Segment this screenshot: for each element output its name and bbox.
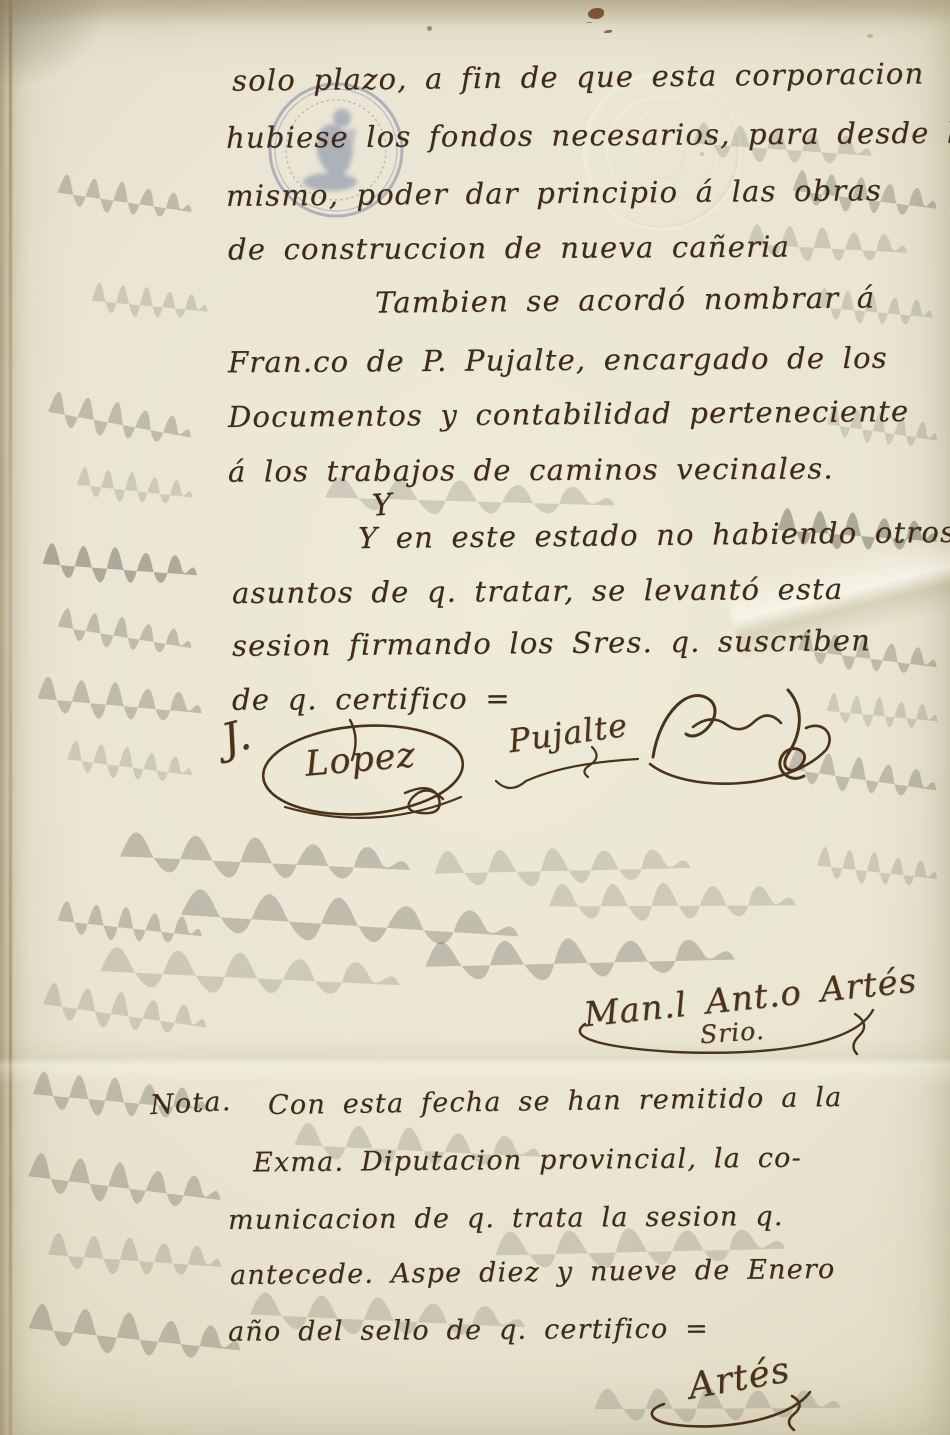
manuscript-page: solo plazo, a fin de que esta corporacio… xyxy=(0,0,950,1435)
bleed-through-text xyxy=(114,830,415,888)
nota-line2: Exma. Diputacion provincial, la co- xyxy=(253,1143,802,1179)
p2-line4: á los trabajos de caminos vecinales. xyxy=(228,451,834,488)
bleed-through-text xyxy=(89,281,211,325)
bleed-through-text xyxy=(74,465,197,511)
binding-gutter xyxy=(0,0,30,1435)
ink-speck xyxy=(427,26,432,31)
p3-line3: sesion firmando los Sres. q. suscriben xyxy=(232,623,871,663)
bleed-through-text xyxy=(545,878,801,926)
bleed-through-text xyxy=(39,541,201,591)
bleed-through-text xyxy=(44,1230,226,1283)
closing-signature-rubric xyxy=(640,1390,820,1435)
p1-line3: mismo, poder dar principio á las obras xyxy=(226,173,882,213)
nota-line4: antecede. Aspe diez y nueve de Enero xyxy=(230,1254,836,1291)
binding-edge-line xyxy=(9,0,12,1435)
top-edge-shadow xyxy=(0,0,950,26)
signature-lopez-rubric xyxy=(255,715,485,835)
bleed-through-text xyxy=(63,738,196,789)
bleed-through-text xyxy=(23,1150,227,1219)
signature-initial: J. xyxy=(217,709,257,764)
p2-line3: Documentos y contabilidad perteneciente xyxy=(228,394,910,434)
bleed-through-text xyxy=(34,674,207,730)
nota-line5: año del sello de q. certifico = xyxy=(228,1313,709,1347)
bleed-through-text xyxy=(43,389,198,454)
p2-line2: Fran.co de P. Pujalte, encargado de los xyxy=(228,341,888,380)
p2-line1: Tambien se acordó nombrar á xyxy=(375,280,876,319)
p1-line1: solo plazo, a fin de que esta corporacio… xyxy=(232,56,925,97)
bleed-through-text xyxy=(53,605,197,662)
bleed-through-text xyxy=(814,845,942,894)
signature-pujalte-rubric xyxy=(488,745,618,795)
p3-line1: Y en este estado no habiendo otros xyxy=(358,515,950,555)
bleed-through-text xyxy=(53,172,197,227)
stray-letter: Y xyxy=(371,487,394,523)
p1-line2: hubiese los fondos necesarios, para desd… xyxy=(226,115,950,155)
secretary-signature-rubric xyxy=(555,1000,885,1060)
p3-line4: de q. certifico = xyxy=(232,681,511,716)
nota-label: Nota. xyxy=(149,1086,232,1121)
ink-speck xyxy=(867,34,873,38)
p3-line2: asuntos de q. tratar, se levantó esta xyxy=(232,572,844,610)
nota-line1: Con esta fecha se han remitido a la xyxy=(268,1082,843,1121)
p1-line4: de construccion de nueva cañeria xyxy=(228,230,790,267)
signature-rubric xyxy=(638,672,848,802)
bleed-through-text xyxy=(23,1301,247,1370)
nota-line3: municacion de q. trata la sesion q. xyxy=(228,1201,784,1236)
bleed-through-text xyxy=(419,929,740,988)
